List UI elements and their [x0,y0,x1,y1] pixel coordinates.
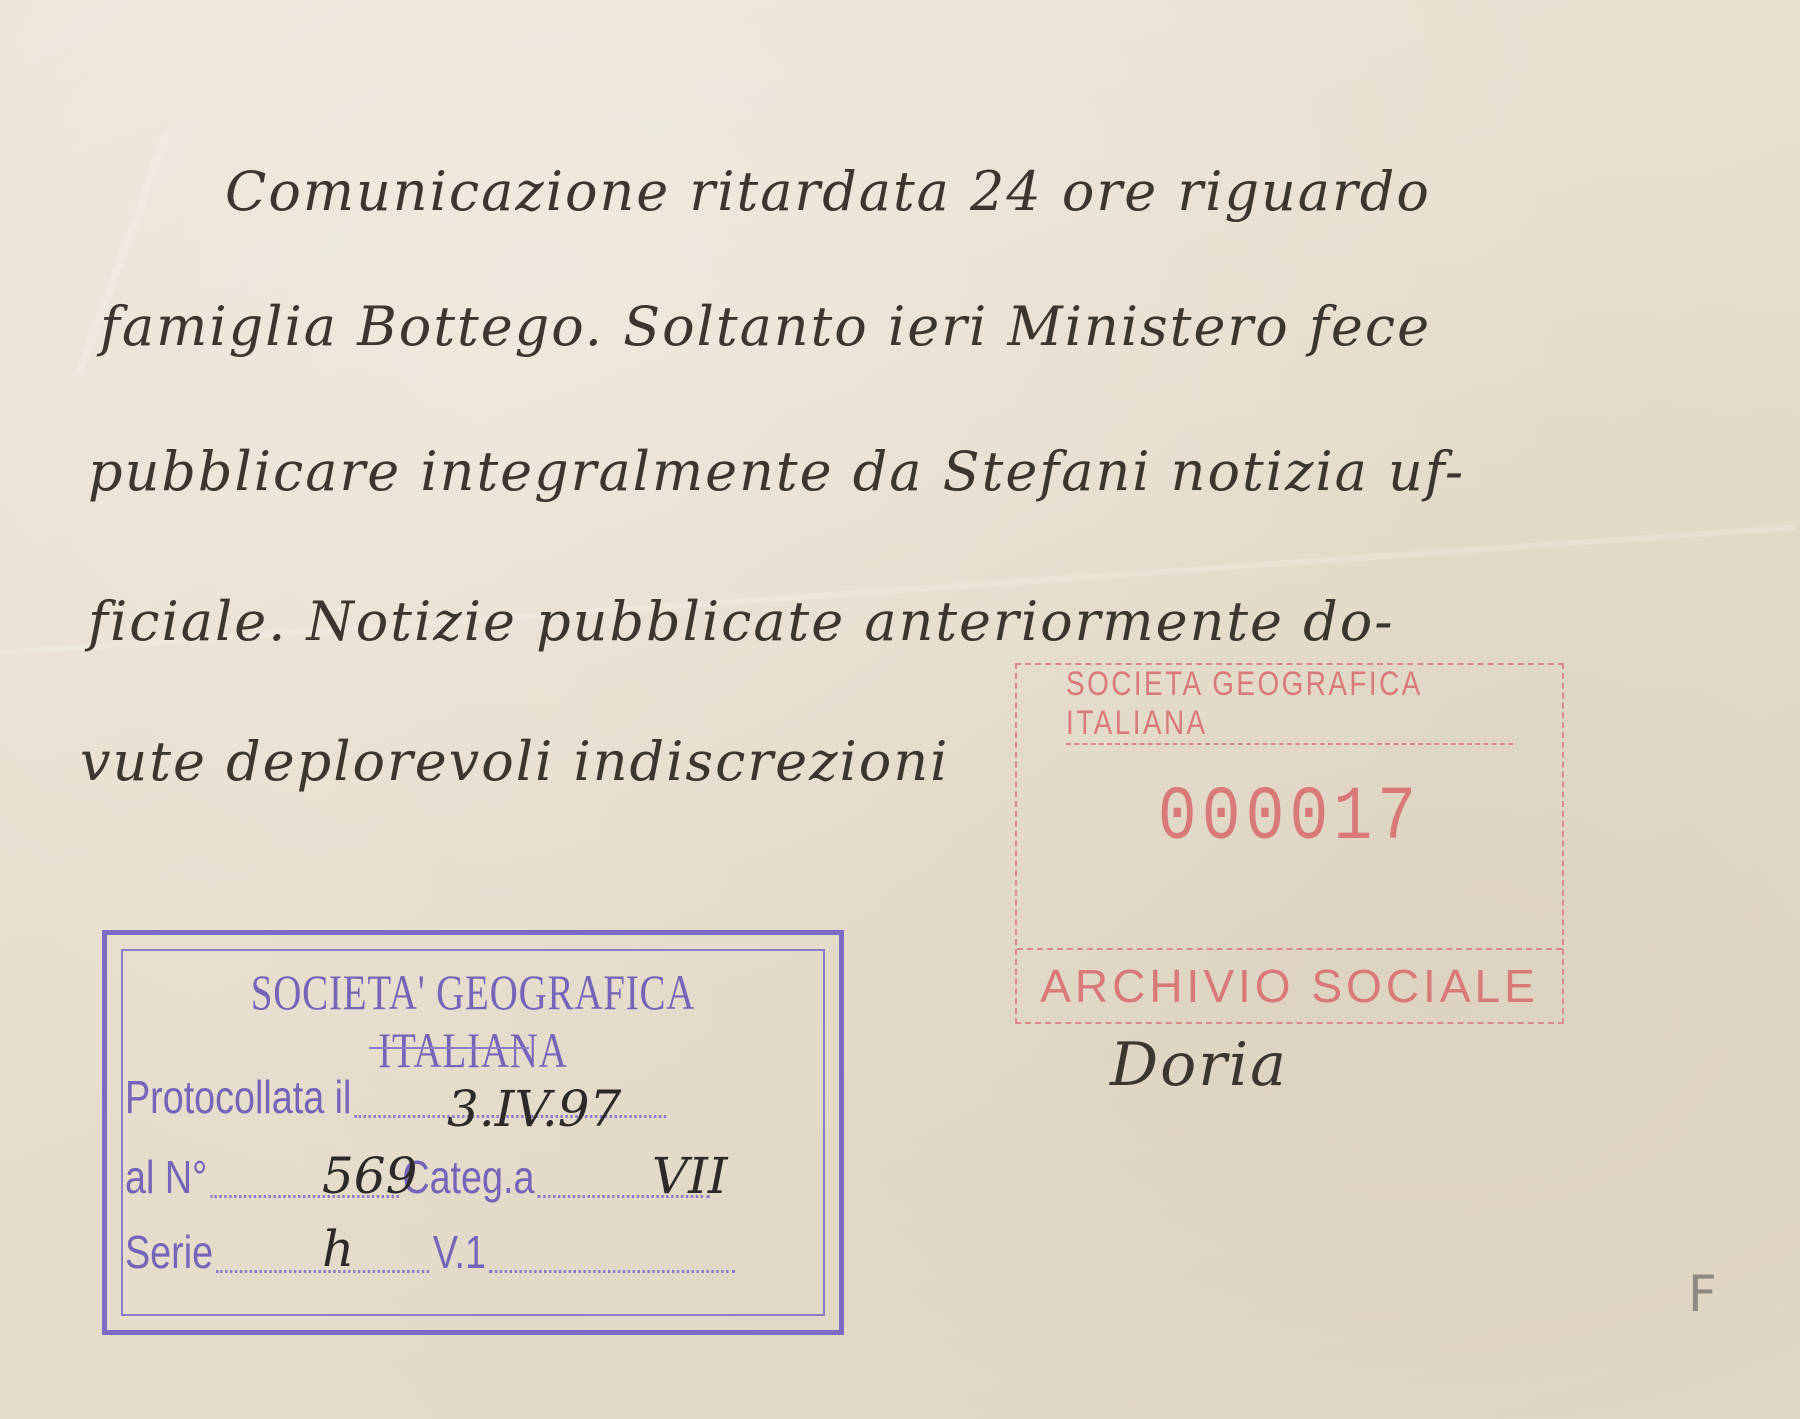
archive-stamp: SOCIETA GEOGRAFICA ITALIANA 000017 ARCHI… [1015,663,1564,1024]
registry-stamp-title: SOCIETA' GEOGRAFICA ITALIANA [188,963,759,1079]
series-value: h [322,1220,354,1278]
v-label: V.1 [433,1225,486,1279]
category-label: Categ.a [402,1150,534,1204]
protocol-label: Protocollata il [125,1070,351,1124]
number-value: 569 [322,1147,417,1205]
handwritten-line-3: pubblicare integralmente da Stefani noti… [88,440,1465,503]
v-dotted-line [489,1260,735,1273]
handwritten-line-4: ficiale. Notizie pubblicate anteriorment… [88,590,1395,653]
registry-stamp-divider [369,1047,529,1049]
handwritten-line-5: vute deplorevoli indiscrezioni [80,730,949,793]
corner-pencil-mark: F [1688,1265,1748,1345]
archive-stamp-footer: ARCHIVIO SOCIALE [1017,948,1562,1022]
number-label: al N° [125,1150,207,1204]
archive-stamp-number: 000017 [1058,775,1521,861]
series-label: Serie [125,1225,213,1279]
category-value: VII [652,1147,728,1205]
series-row: Serie V.1 [125,1225,739,1279]
handwritten-line-2: famiglia Bottego. Soltanto ieri Minister… [100,295,1431,358]
signature: Doria [1110,1030,1288,1100]
number-row: al N° Categ.a [125,1150,713,1204]
archive-stamp-header: SOCIETA GEOGRAFICA ITALIANA [1066,665,1513,745]
handwritten-line-1: Comunicazione ritardata 24 ore riguardo [225,160,1431,223]
registry-stamp: SOCIETA' GEOGRAFICA ITALIANA Protocollat… [102,930,844,1335]
protocol-value: 3.IV.97 [447,1080,621,1138]
